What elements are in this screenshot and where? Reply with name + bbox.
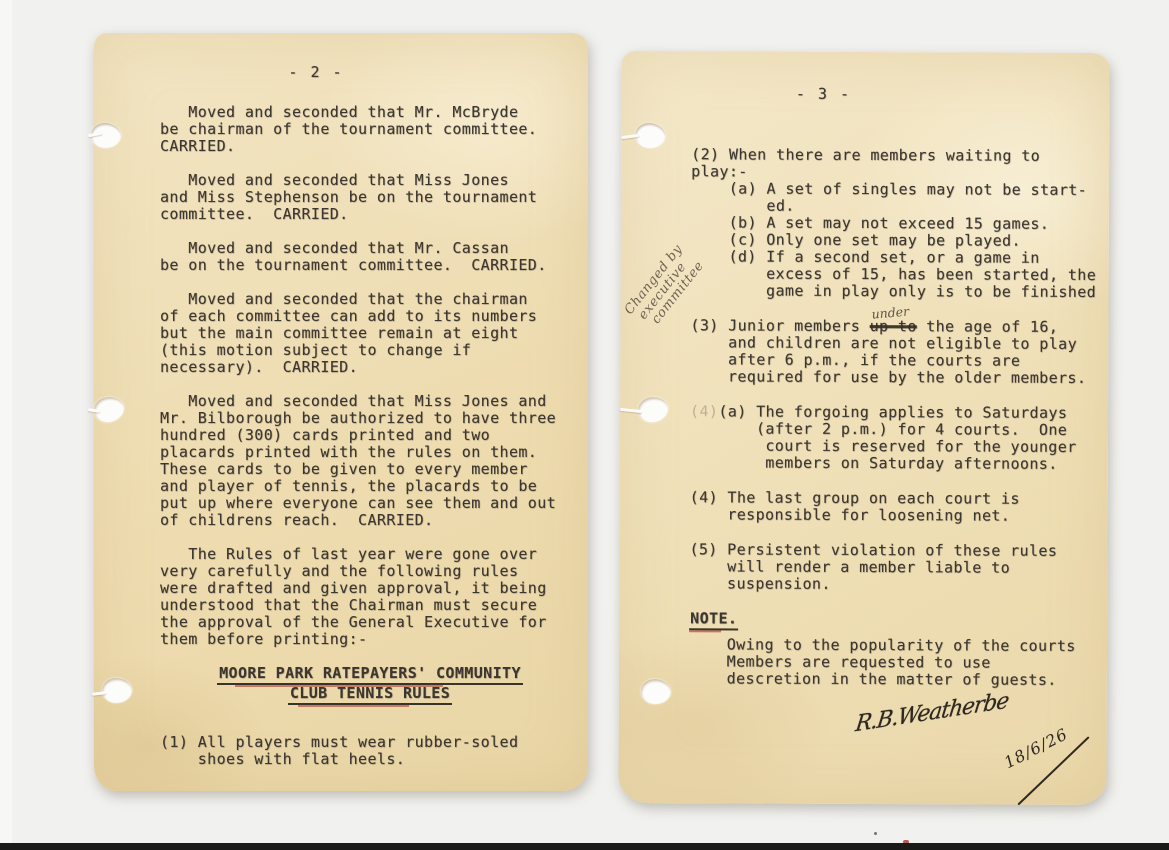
minutes-paragraph: Moved and seconded that Mr. Cassan be on…: [160, 240, 582, 274]
rule-1: (1) All players must wear rubber-soled s…: [160, 734, 582, 768]
punch-hole: [101, 677, 133, 704]
page-2-body: Moved and seconded that Mr. McBryde be c…: [160, 104, 582, 785]
note-label: NOTE.: [689, 610, 738, 630]
rule-3: (3) Junior members underup to the age of…: [690, 317, 1104, 387]
page-2: - 2 - Moved and seconded that Mr. McBryd…: [94, 33, 588, 791]
rule-5: (5) Persistent violation of these rules …: [689, 541, 1103, 594]
rule-4: (4) The last group on each court is resp…: [690, 489, 1104, 525]
punch-hole: [640, 678, 673, 706]
handwritten-under-annotation: under: [871, 303, 910, 323]
page-3-body: (2) When there are members waiting to pl…: [689, 146, 1105, 706]
punch-hole-tear: [88, 408, 100, 413]
scan-speck: [874, 832, 877, 835]
page-number: - 2 -: [94, 63, 538, 81]
minutes-paragraph: Moved and seconded that the chairman of …: [160, 291, 582, 376]
erased-number: (4): [690, 402, 718, 420]
minutes-paragraph: The Rules of last year were gone over ve…: [160, 546, 582, 648]
rule-3a-text: (a) The forgoing applies to Saturdays (a…: [690, 402, 1077, 472]
rule-3-text: the age of 16,: [917, 317, 1059, 336]
minutes-paragraph: Moved and seconded that Mr. McBryde be c…: [160, 104, 582, 155]
rule-3-text: (3) Junior members: [690, 316, 869, 335]
strikethrough-correction: underup to: [870, 318, 917, 335]
page-number: - 3 -: [621, 84, 1025, 104]
note-body: Owing to the popularity of the courts Me…: [689, 636, 1103, 689]
rule-3a: (4)(a) The forgoing applies to Saturdays…: [690, 403, 1104, 473]
rules-heading-line1: MOORE PARK RATEPAYERS' COMMUNITY: [217, 665, 523, 685]
minutes-paragraph: Moved and seconded that Miss Jones and M…: [160, 172, 582, 223]
rules-heading: MOORE PARK RATEPAYERS' COMMUNITY CLUB TE…: [160, 665, 580, 705]
rules-heading-line2: CLUB TENNIS RULES: [288, 685, 452, 705]
punch-hole: [637, 396, 669, 423]
scanner-edge-strip: [0, 843, 1169, 850]
note-heading: NOTE.: [689, 610, 1103, 632]
scanned-document: - 2 - Moved and seconded that Mr. McBryd…: [0, 0, 1169, 850]
minutes-paragraph: Moved and seconded that Miss Jones and M…: [160, 393, 582, 529]
rule-2: (2) When there are members waiting to pl…: [691, 146, 1106, 301]
page-3: - 3 - Changed by executive committee (2)…: [618, 51, 1109, 805]
rule-3-continuation: and children are not eligible to play af…: [690, 334, 1104, 387]
